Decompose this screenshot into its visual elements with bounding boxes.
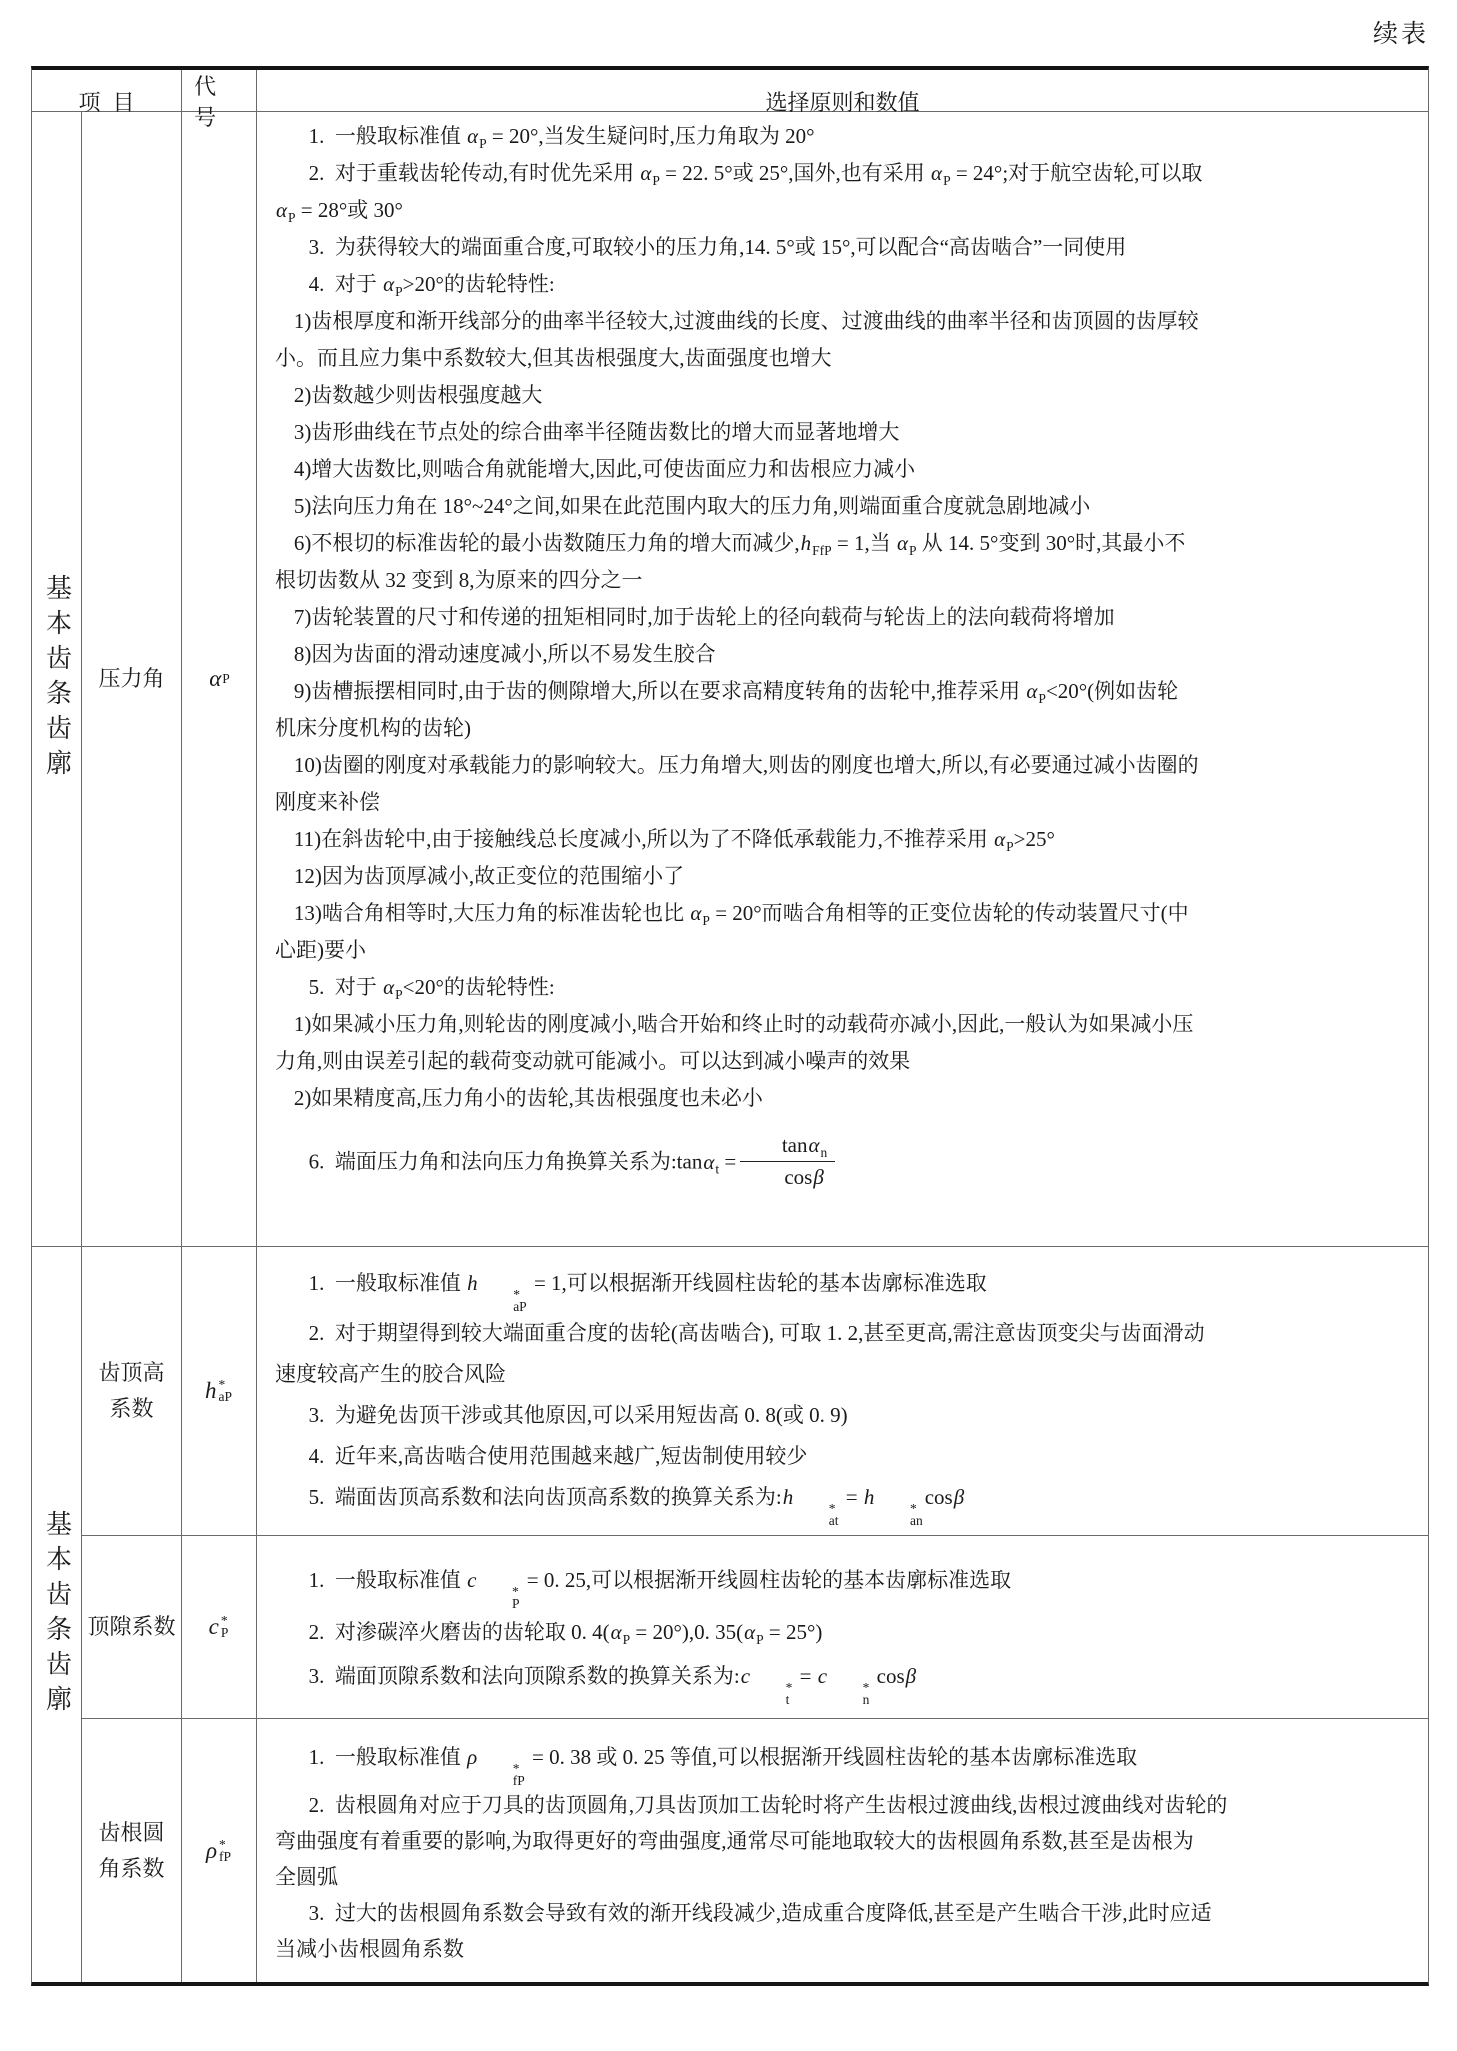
text-line: 速度较高产生的胶合风险 — [275, 1354, 1414, 1395]
text-line: 3. 为获得较大的端面重合度,可取较小的压力角,14. 5°或 15°,可以配合… — [275, 229, 1414, 266]
text-line: 6)不根切的标准齿轮的最小齿数随压力角的增大而减少,hFfP = 1,当 αP … — [275, 525, 1414, 562]
text-line: 7)齿轮装置的尺寸和传递的扭矩相同时,加于齿轮上的径向载荷与轮齿上的法向载荷将增… — [275, 599, 1414, 636]
principle-cell-pressure-angle: 1. 一般取标准值 αP = 20°,当发生疑问时,压力角取为 20°2. 对于… — [257, 112, 1428, 1246]
parameter-table: 项目 代号 选择原则和数值 基本齿条齿廓 压力角 αP 1. 一般取标准值 αP… — [31, 66, 1429, 1986]
text-line: 2. 对于期望得到较大端面重合度的齿轮(高齿啮合), 可取 1. 2,甚至更高,… — [275, 1313, 1414, 1354]
text-line: 9)齿槽振摆相同时,由于齿的侧隙增大,所以在要求高精度转角的齿轮中,推荐采用 α… — [275, 673, 1414, 710]
text-line: 刚度来补偿 — [275, 784, 1414, 821]
group-label-cell: 基本齿条齿廓 — [32, 1247, 82, 1982]
text-line: 5. 对于 αP<20°的齿轮特性: — [275, 969, 1414, 1006]
text-line: 3. 过大的齿根圆角系数会导致有效的渐开线段减少,造成重合度降低,甚至是产生啮合… — [275, 1895, 1414, 1931]
text-line: 2)如果精度高,压力角小的齿轮,其齿根强度也未必小 — [275, 1080, 1414, 1117]
text-line: 1)齿根厚度和渐开线部分的曲率半径较大,过渡曲线的长度、过渡曲线的曲率半径和齿顶… — [275, 303, 1414, 340]
text-line: 5)法向压力角在 18°~24°之间,如果在此范围内取大的压力角,则端面重合度就… — [275, 488, 1414, 525]
text-line: 力角,则由误差引起的载荷变动就可能减小。可以达到减小噪声的效果 — [275, 1043, 1414, 1080]
text-line: 1)如果减小压力角,则轮齿的刚度减小,啮合开始和终止时的动载荷亦减小,因此,一般… — [275, 1006, 1414, 1043]
table-header-row: 项目 代号 选择原则和数值 — [32, 70, 1428, 112]
text-line: 4. 近年来,高齿啮合使用范围越来越广,短齿制使用较少 — [275, 1436, 1414, 1477]
text-line: 根切齿数从 32 变到 8,为原来的四分之一 — [275, 562, 1414, 599]
symbol-rho-fp: ρ*fP — [182, 1718, 257, 1982]
text-line: 12)因为齿顶厚减小,故正变位的范围缩小了 — [275, 858, 1414, 895]
symbol-alpha-p: αP — [182, 112, 257, 1246]
text-line: 2)齿数越少则齿根强度越大 — [275, 377, 1414, 414]
text-line: 3. 端面顶隙系数和法向顶隙系数的换算关系为:c*t = c*n cosβ — [275, 1654, 1414, 1706]
text-line: 1. 一般取标准值 αP = 20°,当发生疑问时,压力角取为 20° — [275, 118, 1414, 155]
principle-cell-clearance: 1. 一般取标准值 c*P = 0. 25,可以根据渐开线圆柱齿轮的基本齿廓标准… — [257, 1535, 1428, 1718]
item-label-root-fillet-coefficient: 齿根圆 角系数 — [82, 1718, 182, 1982]
table-row-pressure-angle: 基本齿条齿廓 压力角 αP 1. 一般取标准值 αP = 20°,当发生疑问时,… — [32, 112, 1428, 1246]
principle-cell-root-fillet: 1. 一般取标准值 ρ*fP = 0. 38 或 0. 25 等值,可以根据渐开… — [257, 1718, 1428, 1982]
text-line: 心距)要小 — [275, 932, 1414, 969]
text-line: 2. 对渗碳淬火磨齿的齿轮取 0. 4(αP = 20°),0. 35(αP =… — [275, 1610, 1414, 1654]
text-line: 11)在斜齿轮中,由于接触线总长度减小,所以为了不降低承载能力,不推荐采用 αP… — [275, 821, 1414, 858]
group-label-vertical-text: 基本齿条齿廓 — [44, 1510, 70, 1720]
text-line: 13)啮合角相等时,大压力角的标准齿轮也比 αP = 20°而啮合角相等的正变位… — [275, 895, 1414, 932]
text-line: 当减小齿根圆角系数 — [275, 1931, 1414, 1967]
group-label-cell: 基本齿条齿廓 — [32, 112, 82, 1246]
item-label-pressure-angle: 压力角 — [82, 112, 182, 1246]
symbol-c-p: c*P — [182, 1535, 257, 1718]
table-rows-coefficients: 基本齿条齿廓 齿顶高 系数 h*aP 1. 一般取标准值 h*aP = 1,可以… — [32, 1246, 1428, 1982]
text-line: 8)因为齿面的滑动速度减小,所以不易发生胶合 — [275, 636, 1414, 673]
text-line: 4)增大齿数比,则啮合角就能增大,因此,可使齿面应力和齿根应力减小 — [275, 451, 1414, 488]
text-line: 1. 一般取标准值 ρ*fP = 0. 38 或 0. 25 等值,可以根据渐开… — [275, 1739, 1414, 1787]
continued-table-label: 续表 — [1373, 14, 1429, 50]
text-line: 机床分度机构的齿轮) — [275, 710, 1414, 747]
fraction: tanαncosβ — [740, 1133, 835, 1190]
symbol-h-ap: h*aP — [182, 1247, 257, 1535]
text-line: 5. 端面齿顶高系数和法向齿顶高系数的换算关系为:h*at = h*ancosβ — [275, 1477, 1414, 1527]
text-line: 1. 一般取标准值 h*aP = 1,可以根据渐开线圆柱齿轮的基本齿廓标准选取 — [275, 1263, 1414, 1313]
item-label-addendum-coefficient: 齿顶高 系数 — [82, 1247, 182, 1535]
text-line: 2. 对于重载齿轮传动,有时优先采用 αP = 22. 5°或 25°,国外,也… — [275, 155, 1414, 192]
text-line: 10)齿圈的刚度对承载能力的影响较大。压力角增大,则齿的刚度也增大,所以,有必要… — [275, 747, 1414, 784]
group-label-vertical-text: 基本齿条齿廓 — [44, 574, 70, 784]
text-line: 弯曲强度有着重要的影响,为取得更好的弯曲强度,通常尽可能地取较大的齿根圆角系数,… — [275, 1823, 1414, 1859]
text-line: αP = 28°或 30° — [275, 192, 1414, 229]
text-line: 6. 端面压力角和法向压力角换算关系为:tanαt =tanαncosβ — [275, 1135, 1414, 1192]
item-label-clearance-coefficient: 顶隙系数 — [82, 1535, 182, 1718]
principle-cell-addendum: 1. 一般取标准值 h*aP = 1,可以根据渐开线圆柱齿轮的基本齿廓标准选取2… — [257, 1247, 1428, 1535]
text-line: 4. 对于 αP>20°的齿轮特性: — [275, 266, 1414, 303]
document-page: { "page": { "continued_label": "续表" }, "… — [0, 0, 1457, 2051]
text-line: 1. 一般取标准值 c*P = 0. 25,可以根据渐开线圆柱齿轮的基本齿廓标准… — [275, 1558, 1414, 1610]
text-line: 全圆弧 — [275, 1859, 1414, 1895]
text-line: 小。而且应力集中系数较大,但其齿根强度大,齿面强度也增大 — [275, 340, 1414, 377]
text-line: 2. 齿根圆角对应于刀具的齿顶圆角,刀具齿顶加工齿轮时将产生齿根过渡曲线,齿根过… — [275, 1787, 1414, 1823]
text-line: 3. 为避免齿顶干涉或其他原因,可以采用短齿高 0. 8(或 0. 9) — [275, 1395, 1414, 1436]
text-line: 3)齿形曲线在节点处的综合曲率半径随齿数比的增大而显著地增大 — [275, 414, 1414, 451]
